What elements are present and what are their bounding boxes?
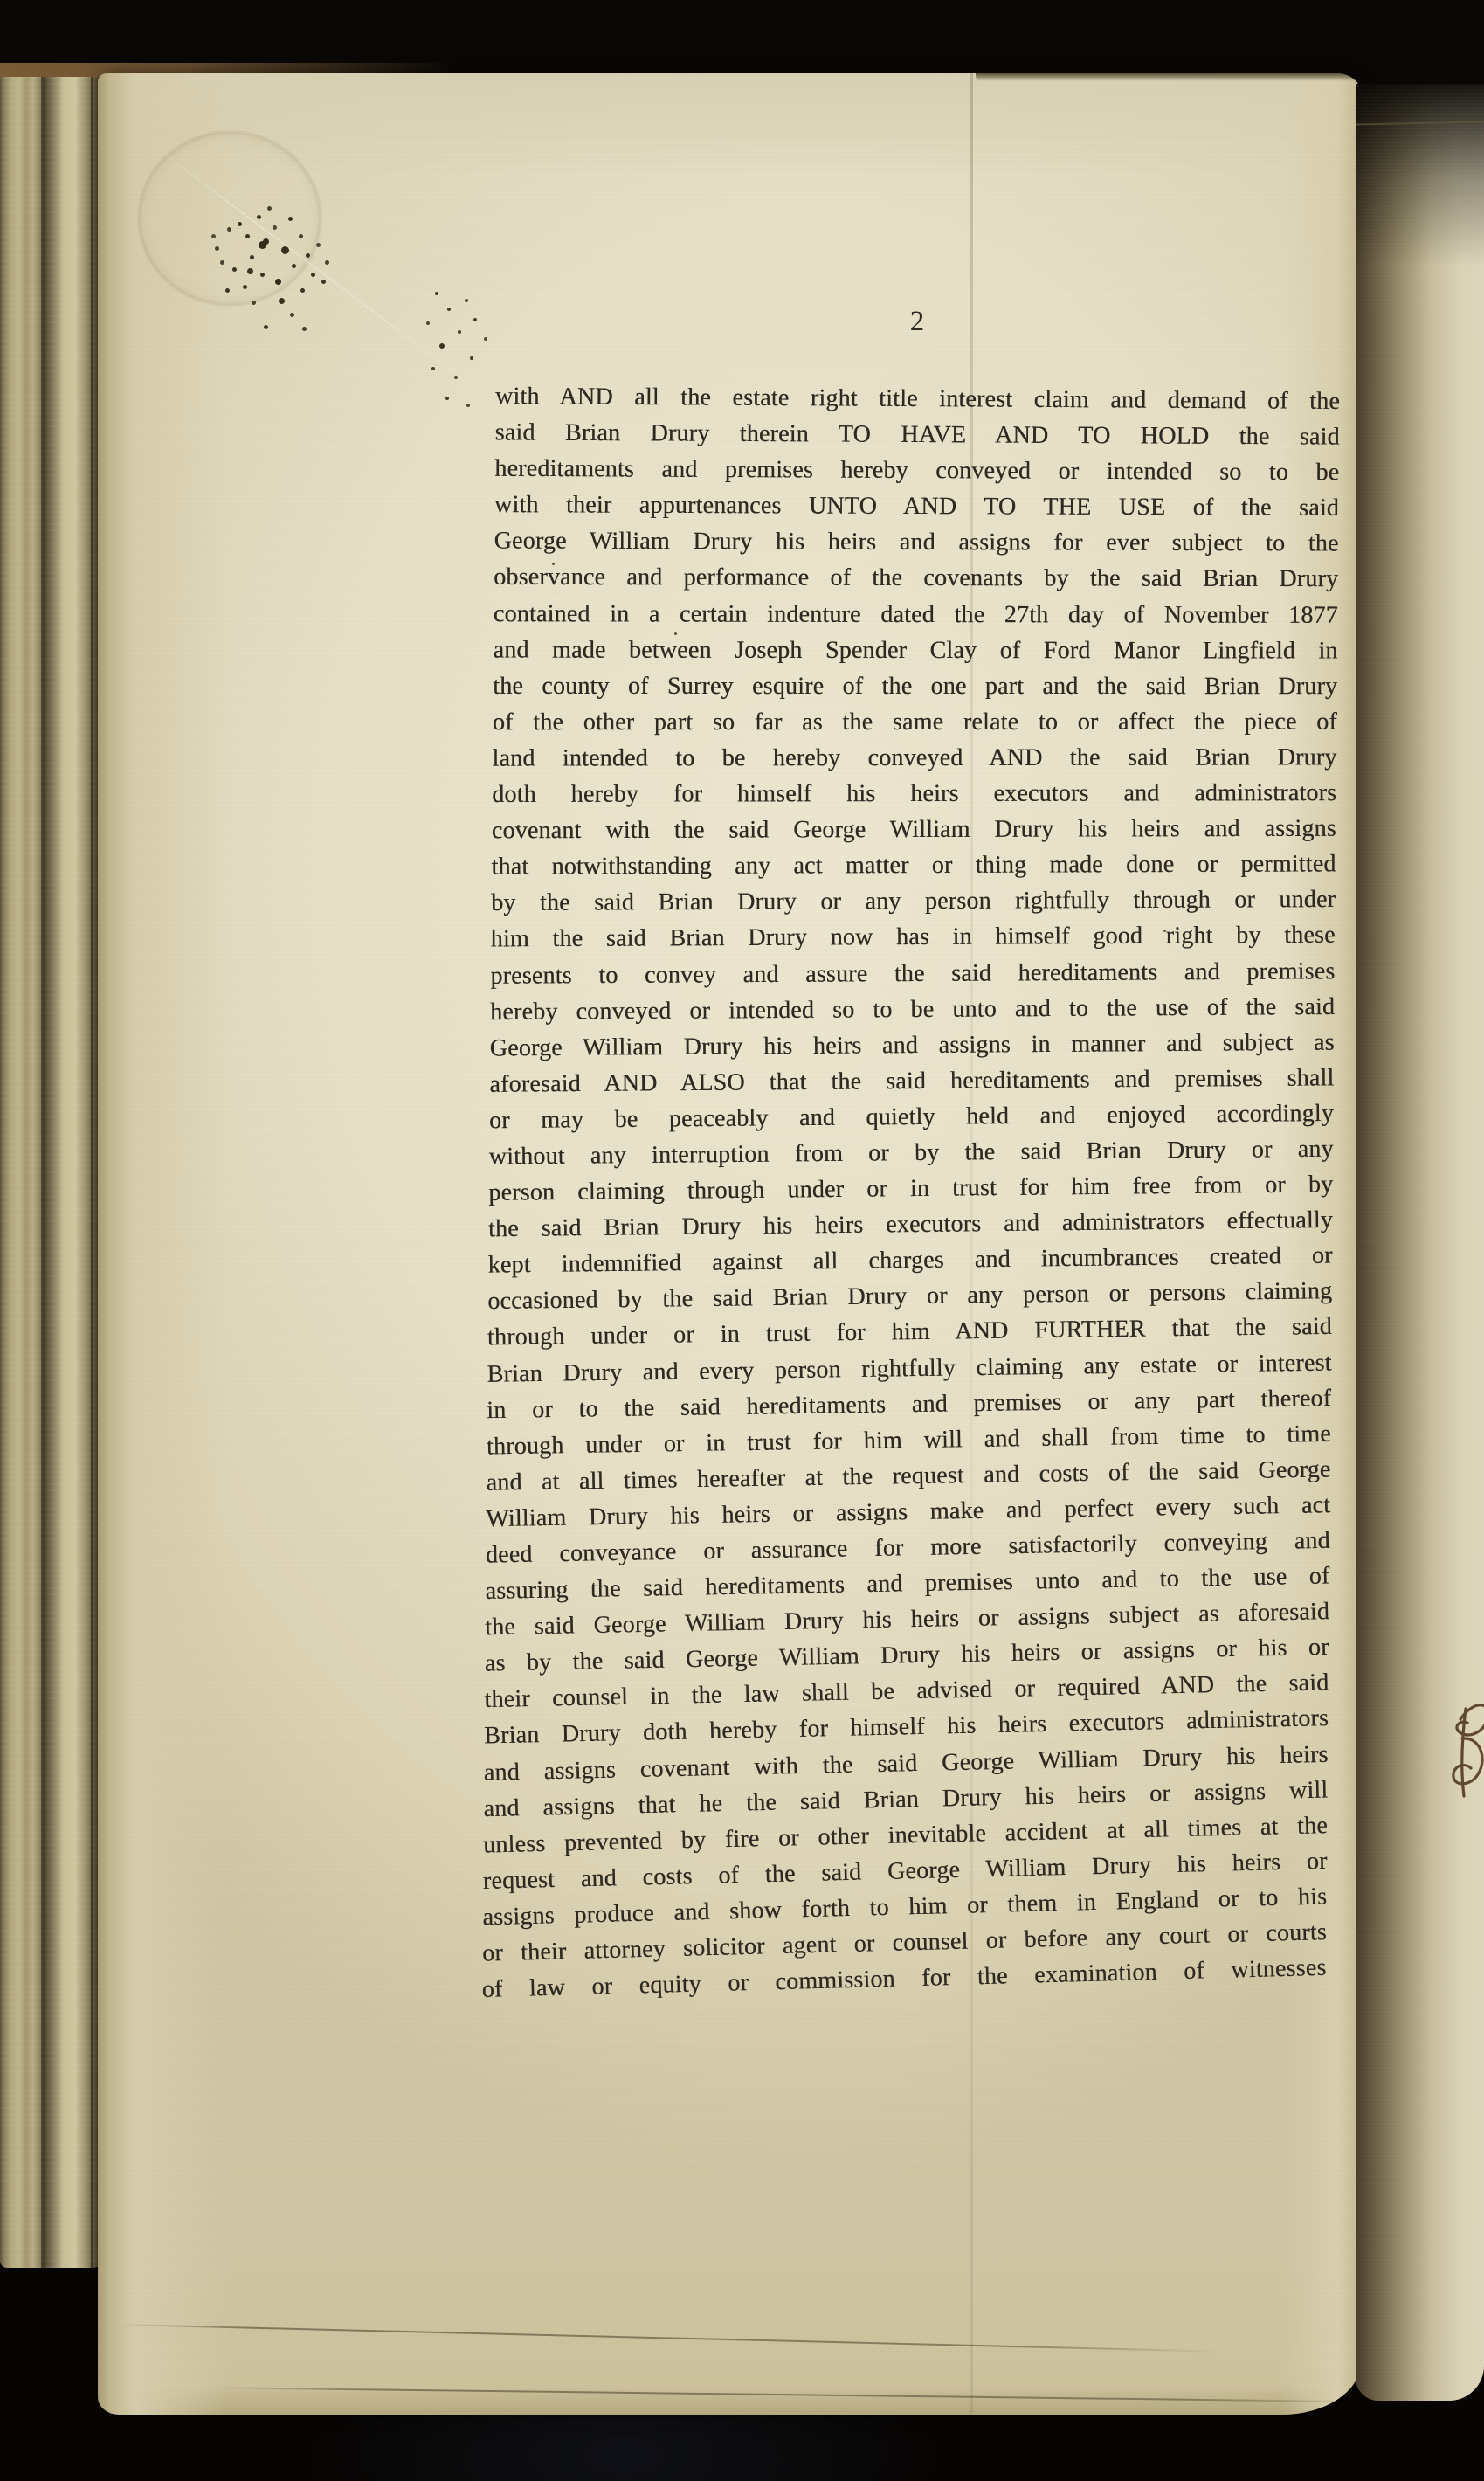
text-line: contained in a certain indenture dated t… — [494, 596, 1338, 633]
text-line: and made between Joseph Spender Clay of … — [494, 632, 1338, 668]
text-line: covenant with the said George William Dr… — [492, 811, 1336, 849]
embossed-stamp — [138, 131, 321, 306]
text-line: George William Drury his heirs and assig… — [490, 1024, 1335, 1066]
text-line: by the said Brian Drury or any person ri… — [491, 881, 1336, 921]
page-edge-crease — [91, 65, 93, 2268]
text-line: with AND all the estate right title inte… — [495, 378, 1340, 419]
body-text: with AND all the estate right title inte… — [495, 381, 1340, 1996]
text-line: observance and performance of the covena… — [494, 559, 1338, 597]
bottom-crease-line — [119, 2324, 1219, 2353]
facing-page-crease — [1356, 121, 1484, 125]
text-line: of the other part so far as the same rel… — [493, 704, 1337, 741]
text-line: hereby conveyed or intended so to be unt… — [490, 989, 1335, 1030]
text-line: land intended to be hereby conveyed AND … — [492, 739, 1336, 776]
page-top-smudge — [976, 73, 1361, 81]
text-line: presents to convey and assure the said h… — [490, 953, 1335, 994]
text-line: the county of Surrey esquire of the one … — [493, 668, 1337, 704]
text-line: him the said Brian Drury now has in hims… — [491, 917, 1336, 957]
text-line: hereditaments and premises hereby convey… — [494, 451, 1339, 491]
page-number: 2 — [495, 306, 1340, 338]
text-line: that notwithstanding any act matter or t… — [491, 847, 1336, 885]
text-line: George William Drury his heirs and assig… — [494, 523, 1339, 562]
text-line: doth hereby for himself his heirs execut… — [492, 775, 1336, 812]
text-line: with their appurtenances UNTO AND TO THE… — [494, 487, 1339, 526]
text-line: said Brian Drury therein TO HAVE AND TO … — [495, 414, 1340, 454]
left-page-edges — [0, 65, 105, 2268]
page-edge-crease — [41, 65, 45, 2268]
ink-speckles — [435, 292, 438, 295]
ink-speckles — [238, 222, 242, 226]
main-page: 2 with AND all the estate right title in… — [98, 73, 1361, 2415]
book-photo-background: 2 with AND all the estate right title in… — [0, 0, 1484, 2481]
facing-page-edge — [1356, 84, 1484, 2401]
bottom-fold-line — [203, 2387, 1361, 2402]
handwritten-ink-mark — [1436, 1693, 1484, 1807]
